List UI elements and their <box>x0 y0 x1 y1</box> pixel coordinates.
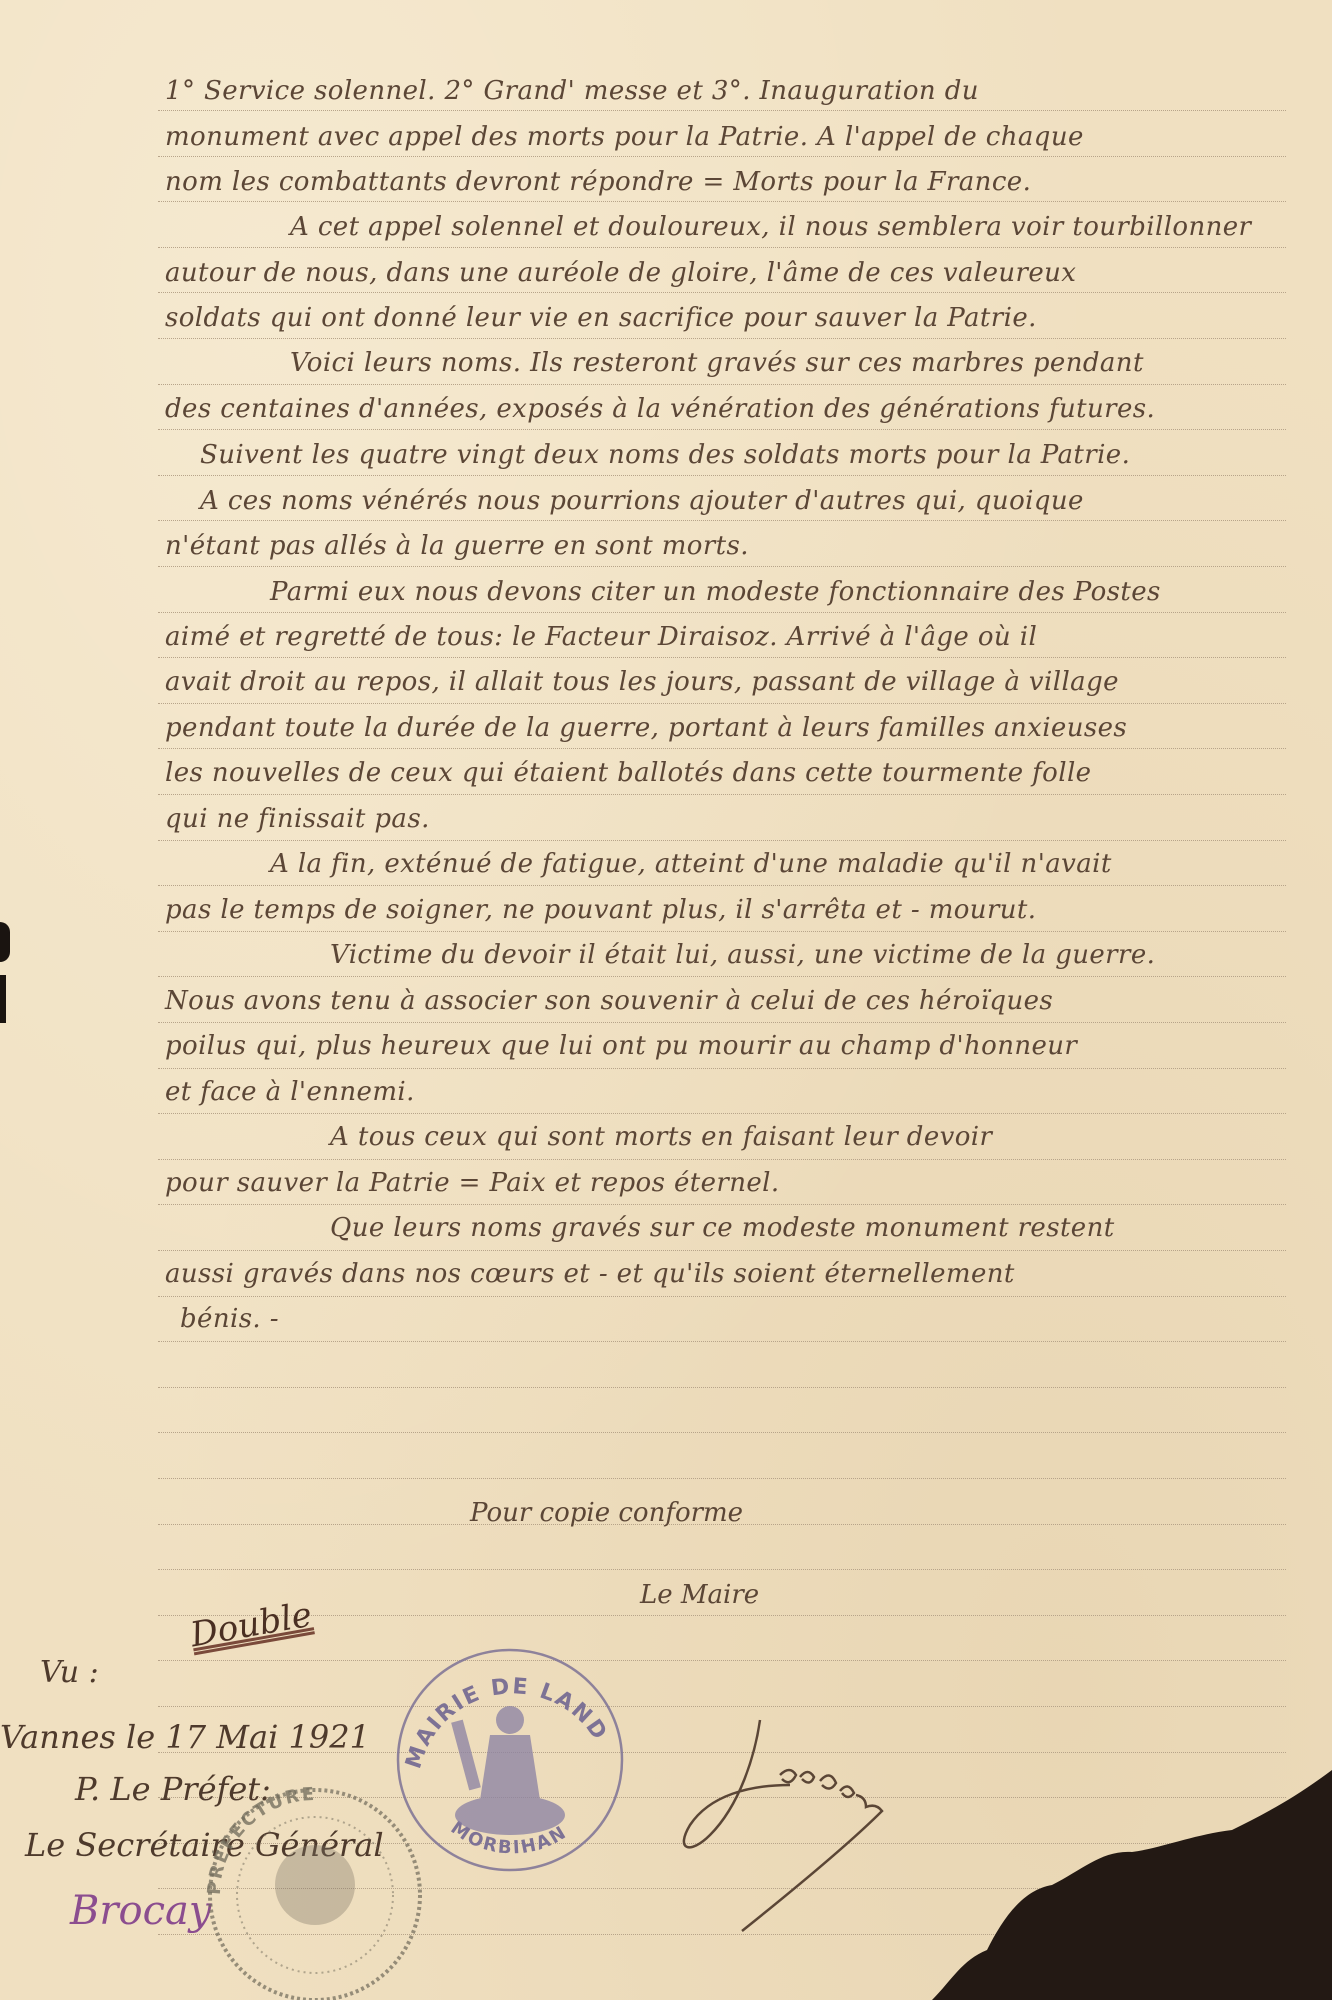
ruled-line <box>158 1022 1286 1023</box>
certification-text: Pour copie conforme <box>470 1498 743 1528</box>
ruled-line <box>158 338 1286 339</box>
ruled-line <box>158 475 1286 476</box>
binding-mark <box>0 975 6 1023</box>
body-line-20: Victime du devoir il était lui, aussi, u… <box>330 940 1155 970</box>
body-line-1: 1° Service solennel. 2° Grand' messe et … <box>165 76 979 106</box>
body-line-27: aussi gravés dans nos cœurs et - et qu'i… <box>165 1259 1015 1289</box>
body-line-18: A la fin, exténué de fatigue, atteint d'… <box>270 849 1112 879</box>
body-line-23: et face à l'ennemi. <box>165 1077 415 1107</box>
ruled-line <box>158 566 1286 567</box>
body-line-17: qui ne finissait pas. <box>165 804 430 834</box>
ruled-line <box>158 976 1286 977</box>
body-line-12: Parmi eux nous devons citer un modeste f… <box>270 577 1161 607</box>
ruled-line <box>158 1660 1286 1661</box>
ruled-line <box>158 1341 1286 1342</box>
ruled-line <box>158 384 1286 385</box>
ruled-line <box>158 292 1286 293</box>
ruled-line <box>158 612 1286 613</box>
ruled-line <box>158 429 1286 430</box>
ruled-line <box>158 1615 1286 1616</box>
ruled-line <box>158 1250 1286 1251</box>
body-line-15: pendant toute la durée de la guerre, por… <box>165 713 1127 743</box>
body-line-22: poilus qui, plus heureux que lui ont pu … <box>165 1031 1077 1061</box>
body-line-16: les nouvelles de ceux qui étaient ballot… <box>165 758 1091 788</box>
secretary-signature: Brocay <box>70 1888 211 1934</box>
ruled-line <box>158 703 1286 704</box>
body-line-14: avait droit au repos, il allait tous les… <box>165 667 1119 697</box>
ruled-line <box>158 1432 1286 1433</box>
body-line-11: n'étant pas allés à la guerre en sont mo… <box>165 531 749 561</box>
body-line-26: Que leurs noms gravés sur ce modeste mon… <box>330 1213 1115 1243</box>
ruled-line <box>158 1204 1286 1205</box>
body-line-5: autour de nous, dans une auréole de gloi… <box>165 258 1076 288</box>
double-mark: Double <box>187 1595 314 1656</box>
body-line-28: bénis. - <box>180 1304 279 1334</box>
body-line-4: A cet appel solennel et douloureux, il n… <box>290 212 1251 242</box>
ruled-line <box>158 657 1286 658</box>
ruled-line <box>158 201 1286 202</box>
ruled-line <box>158 1478 1286 1479</box>
ruled-line <box>158 1569 1286 1570</box>
ruled-line <box>158 840 1286 841</box>
ruled-line <box>158 1706 1286 1707</box>
body-line-25: pour sauver la Patrie = Paix et repos ét… <box>165 1168 780 1198</box>
ruled-line <box>158 520 1286 521</box>
body-line-6: soldats qui ont donné leur vie en sacrif… <box>165 303 1037 333</box>
body-line-19: pas le temps de soigner, ne pouvant plus… <box>165 895 1036 925</box>
prefecture-stamp-icon: PRÉFECTURE <box>195 1775 435 2000</box>
ruled-line <box>158 1159 1286 1160</box>
body-line-13: aimé et regretté de tous: le Facteur Dir… <box>165 622 1037 652</box>
ruled-line <box>158 110 1286 111</box>
seen-label: Vu : <box>40 1655 99 1690</box>
ruled-line <box>158 156 1286 157</box>
ruled-line <box>158 1387 1286 1388</box>
ruled-line <box>158 247 1286 248</box>
place-date: Vannes le 17 Mai 1921 <box>0 1718 370 1756</box>
ruled-line <box>158 931 1286 932</box>
body-line-2: monument avec appel des morts pour la Pa… <box>165 122 1084 152</box>
mayor-title: Le Maire <box>640 1580 759 1610</box>
body-line-3: nom les combattants devront répondre = M… <box>165 167 1031 197</box>
body-line-7: Voici leurs noms. Ils resteront gravés s… <box>290 348 1144 378</box>
torn-corner <box>932 1770 1332 2000</box>
document-page: 1° Service solennel. 2° Grand' messe et … <box>0 0 1332 2000</box>
ruled-line <box>158 885 1286 886</box>
ruled-line <box>158 1296 1286 1297</box>
binding-mark <box>0 922 10 962</box>
body-line-10: A ces noms vénérés nous pourrions ajoute… <box>200 486 1084 516</box>
ruled-line <box>158 1068 1286 1069</box>
body-line-9: Suivent les quatre vingt deux noms des s… <box>200 440 1130 470</box>
body-line-24: A tous ceux qui sont morts en faisant le… <box>330 1122 992 1152</box>
body-line-21: Nous avons tenu à associer son souvenir … <box>165 986 1053 1016</box>
ruled-line <box>158 794 1286 795</box>
body-line-8: des centaines d'années, exposés à la vén… <box>165 394 1155 424</box>
ruled-line <box>158 748 1286 749</box>
ruled-line <box>158 1113 1286 1114</box>
